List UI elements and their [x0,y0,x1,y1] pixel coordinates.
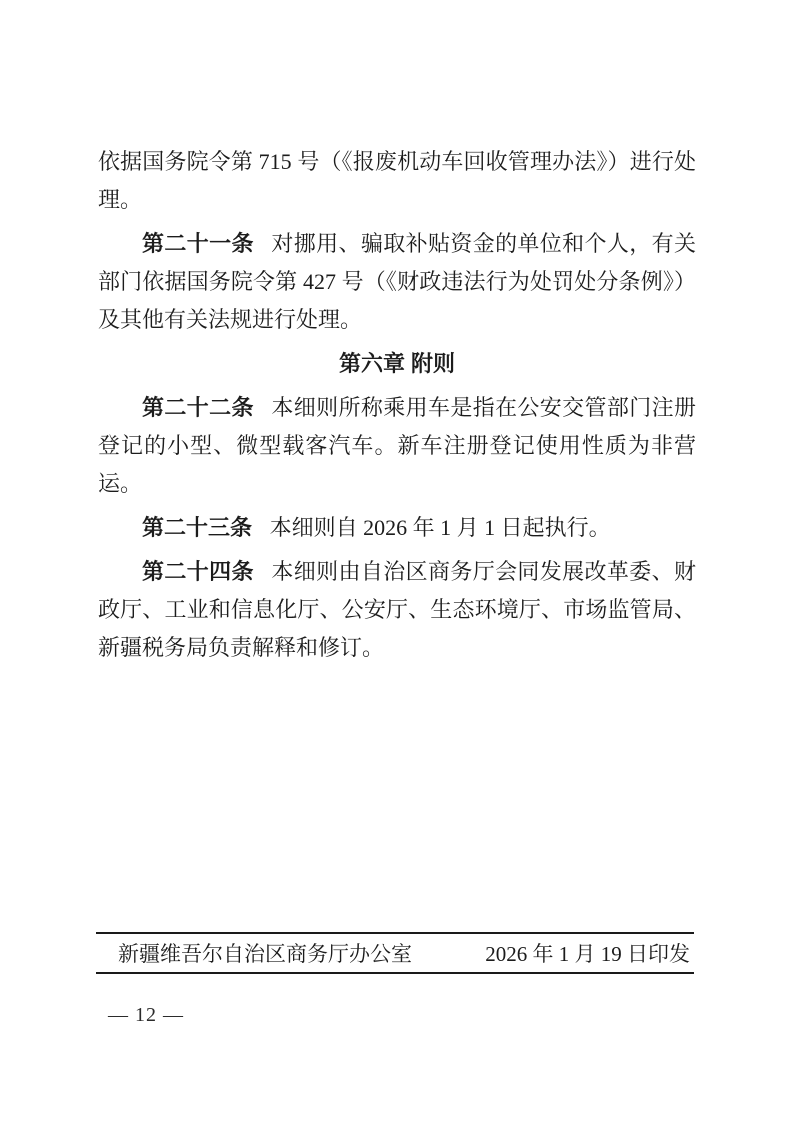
footer-rule-box: 新疆维吾尔自治区商务厅办公室 2026 年 1 月 19 日印发 [96,932,694,974]
chapter-heading: 第六章 附则 [98,345,696,383]
footer-print-date: 2026 年 1 月 19 日印发 [485,938,690,968]
article-23-term: 第二十三条 [142,515,252,540]
document-body: 依据国务院令第 715 号（《报废机动车回收管理办法》）进行处理。 第二十一条对… [98,143,696,673]
paragraph-continuation: 依据国务院令第 715 号（《报废机动车回收管理办法》）进行处理。 [98,143,696,219]
paragraph-article-22: 第二十二条本细则所称乘用车是指在公安交管部门注册登记的小型、微型载客汽车。新车注… [98,389,696,503]
page-number: — 12 — [108,1000,184,1030]
document-page: 依据国务院令第 715 号（《报废机动车回收管理办法》）进行处理。 第二十一条对… [0,0,793,1122]
footer-issuer: 新疆维吾尔自治区商务厅办公室 [118,938,412,968]
article-23-text: 本细则自 2026 年 1 月 1 日起执行。 [270,515,611,540]
paragraph-article-21: 第二十一条对挪用、骗取补贴资金的单位和个人，有关部门依据国务院令第 427 号（… [98,225,696,339]
paragraph-article-24: 第二十四条本细则由自治区商务厅会同发展改革委、财政厅、工业和信息化厅、公安厅、生… [98,553,696,667]
article-21-term: 第二十一条 [142,231,254,256]
paragraph-article-23: 第二十三条本细则自 2026 年 1 月 1 日起执行。 [98,509,696,547]
article-24-term: 第二十四条 [142,559,254,584]
article-22-term: 第二十二条 [142,395,254,420]
